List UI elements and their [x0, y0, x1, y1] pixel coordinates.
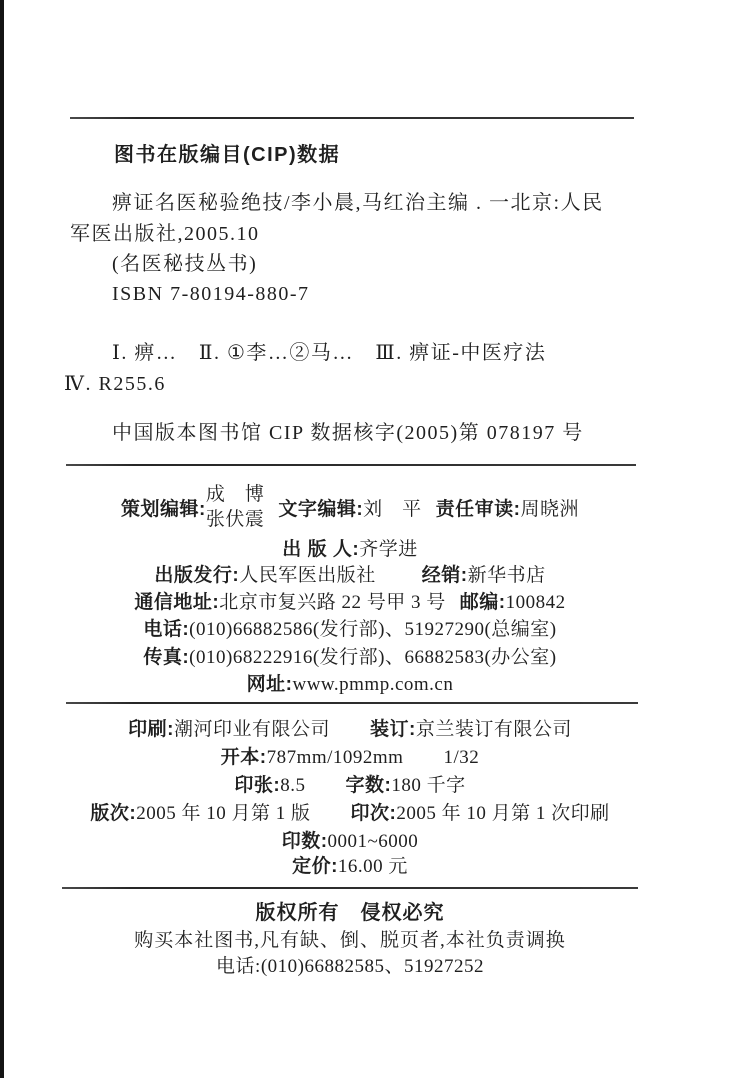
publisher-person-name: 齐学进	[359, 539, 418, 560]
printer-binder-row: 印刷:潮河印业有限公司装订:京兰装订有限公司	[0, 717, 700, 743]
printrun-value: 0001~6000	[328, 831, 419, 852]
service-phone-label: 电话:	[216, 956, 261, 977]
printer-value: 潮河印业有限公司	[174, 719, 330, 740]
service-phone-row: 电话:(010)66882585、51927252	[0, 954, 700, 980]
publisher-person-row: 出 版 人:齐学进	[0, 537, 700, 563]
cip-classification-line-1: Ⅰ. 痹… Ⅱ. ①李…②马… Ⅲ. 痹证-中医疗法	[112, 340, 546, 366]
price-value: 16.00 元	[338, 856, 408, 877]
fax-value: (010)68222916(发行部)、66882583(办公室)	[189, 647, 556, 668]
format-label: 开本:	[221, 747, 267, 768]
phone-row: 电话:(010)66882586(发行部)、51927290(总编室)	[0, 617, 700, 643]
responsible-reviewer-name: 周晓洲	[521, 494, 580, 521]
planning-editor-label: 策划编辑:	[121, 494, 206, 521]
planning-editor-name-2: 张伏震	[206, 507, 265, 532]
book-copyright-page: 图书在版编目(CIP)数据 痹证名医秘验绝技/李小晨,马红治主编 . 一北京:人…	[0, 0, 742, 1078]
binder-value: 京兰装订有限公司	[416, 719, 572, 740]
format-row: 开本:787mm/1092mm1/32	[0, 745, 700, 771]
exchange-policy-line: 购买本社图书,凡有缺、倒、脱页者,本社负责调换	[0, 928, 700, 954]
edition-impression-row: 版次:2005 年 10 月第 1 版印次:2005 年 10 月第 1 次印刷	[0, 801, 700, 827]
planning-editor-names: 成 博 张伏震	[206, 482, 265, 532]
series-line: (名医秘技丛书)	[112, 251, 257, 277]
address-value: 北京市复兴路 22 号甲 3 号	[219, 592, 446, 613]
address-label: 通信地址:	[134, 592, 219, 613]
divider-third	[66, 702, 638, 704]
publisher-label: 出版发行:	[154, 565, 239, 586]
impression-value: 2005 年 10 月第 1 次印刷	[396, 803, 609, 824]
phone-value: (010)66882586(发行部)、51927290(总编室)	[189, 619, 556, 640]
postcode-value: 100842	[506, 592, 566, 613]
website-label: 网址:	[247, 674, 293, 695]
publisher-person-label: 出 版 人:	[282, 539, 359, 560]
publisher-distributor-row: 出版发行:人民军医出版社经销:新华书店	[0, 563, 700, 589]
book-title-line-2: 军医出版社,2005.10	[70, 221, 260, 247]
price-row: 定价:16.00 元	[0, 854, 700, 880]
divider-second	[66, 464, 636, 466]
editors-row: 策划编辑: 成 博 张伏震 文字编辑: 刘 平 责任审读: 周晓洲	[0, 481, 700, 533]
text-editor-name: 刘 平	[363, 494, 422, 521]
format-value: 787mm/1092mm	[267, 747, 404, 768]
cip-heading: 图书在版编目(CIP)数据	[114, 138, 340, 167]
fax-label: 传真:	[143, 647, 189, 668]
publisher-value: 人民军医出版社	[239, 565, 376, 586]
text-editor-label: 文字编辑:	[278, 494, 363, 521]
book-title-line: 痹证名医秘验绝技/李小晨,马红治主编 . 一北京:人民	[112, 190, 604, 216]
divider-top	[70, 117, 634, 119]
responsible-reviewer-label: 责任审读:	[436, 494, 521, 521]
copyright-notice: 版权所有 侵权必究	[0, 900, 700, 926]
service-phone-value: (010)66882585、51927252	[261, 956, 484, 977]
website-value: www.pmmp.com.cn	[292, 674, 453, 695]
distributor-label: 经销:	[422, 565, 468, 586]
printrun-row: 印数:0001~6000	[0, 829, 700, 855]
distributor-value: 新华书店	[468, 565, 546, 586]
binder-label: 装订:	[370, 719, 416, 740]
divider-bottom	[62, 887, 638, 889]
edition-value: 2005 年 10 月第 1 版	[136, 803, 310, 824]
fax-row: 传真:(010)68222916(发行部)、66882583(办公室)	[0, 645, 700, 671]
edition-label: 版次:	[90, 803, 136, 824]
sheets-value: 8.5	[280, 775, 305, 796]
postcode-label: 邮编:	[460, 592, 506, 613]
printer-label: 印刷:	[128, 719, 174, 740]
impression-label: 印次:	[351, 803, 397, 824]
cip-record-number-line: 中国版本图书馆 CIP 数据核字(2005)第 078197 号	[112, 420, 584, 446]
price-label: 定价:	[292, 856, 338, 877]
sheets-label: 印张:	[234, 775, 280, 796]
address-postcode-row: 通信地址:北京市复兴路 22 号甲 3 号邮编:100842	[0, 590, 700, 616]
sheets-wordcount-row: 印张:8.5字数:180 千字	[0, 773, 700, 799]
wordcount-value: 180 千字	[391, 775, 465, 796]
cip-classification-line-2: Ⅳ. R255.6	[64, 371, 166, 397]
website-row: 网址:www.pmmp.com.cn	[0, 672, 700, 698]
wordcount-label: 字数:	[345, 775, 391, 796]
isbn-line: ISBN 7-80194-880-7	[112, 281, 310, 307]
printrun-label: 印数:	[282, 831, 328, 852]
planning-editor-name-1: 成 博	[206, 482, 265, 507]
phone-label: 电话:	[143, 619, 189, 640]
format-fraction: 1/32	[443, 747, 479, 768]
